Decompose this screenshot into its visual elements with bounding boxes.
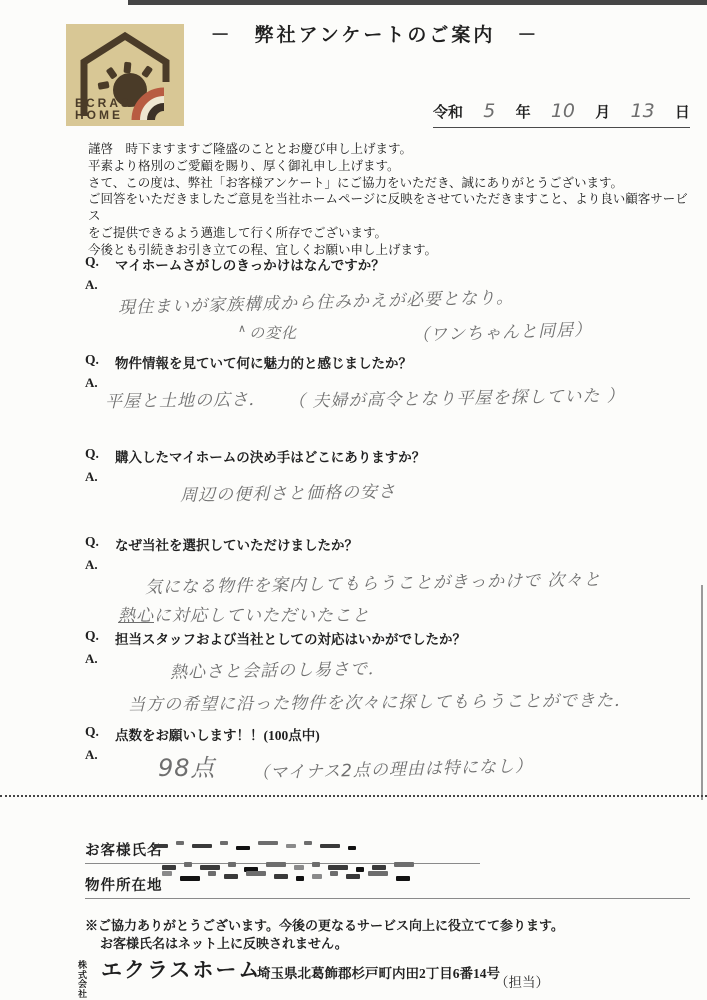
date-day-suffix: 日: [675, 101, 690, 122]
date-year-suffix: 年: [516, 101, 531, 122]
handwritten-note-2: （ 夫婦が高令となり平屋を探していた ）: [288, 381, 625, 412]
insert-caret-mark: ∧: [238, 322, 247, 335]
q-label: Q.: [85, 254, 115, 274]
dotted-divider: [0, 795, 707, 797]
handwritten-note-1: （ワンちゃんと同居）: [412, 315, 593, 346]
company-prefix: 株式会社: [78, 961, 97, 999]
greeting-paragraph: 謹啓 時下ますますご隆盛のこととお慶び申し上げます。 平素より格別のご愛顧を賜り…: [88, 141, 693, 259]
insertion-text: の変化: [249, 324, 297, 342]
question-text-2: 物件情報を見ていて何に魅力的と感じましたか？: [115, 352, 412, 372]
greeting-line: さて、この度は、弊社「お客様アンケート」にご協力をいただき、誠にありがとうござい…: [88, 175, 693, 192]
greeting-line: 平素より格別のご愛顧を賜り、厚く御礼申し上げます。: [88, 158, 693, 175]
thanks-note: ※ご協力ありがとうございます。今後の更なるサービス向上に役立てて参ります。: [85, 915, 564, 934]
logo-line2: HOME: [75, 109, 132, 121]
date-day-handwritten: 13: [631, 100, 655, 122]
q-label: Q.: [85, 534, 115, 554]
question-text-3: 購入したマイホームの決め手はどこにありますか？: [115, 446, 425, 466]
underlined-word: 熱心: [118, 606, 154, 626]
date-month-handwritten: 10: [551, 100, 575, 122]
question-text-5: 担当スタッフおよび当社としての対応はいかがでしたか？: [115, 628, 466, 648]
property-location-label: 物件所在地: [85, 874, 163, 898]
greeting-line: ご回答をいただきましたご意見を当社ホームページに反映をさせていただきますこと、よ…: [88, 191, 693, 225]
handwritten-answer-5-line1: 熱心さと会話のし易さで．: [170, 654, 386, 683]
question-text-4: なぜ当社を選択していただけましたか？: [115, 534, 358, 554]
date-line: 令和 5 年 10 月 13 日: [433, 100, 690, 128]
greeting-line: をご提供できるよう邁進して行く所存でございます。: [88, 225, 693, 242]
privacy-note: お客様氏名はネット上に反映されません。: [100, 933, 348, 952]
contact-person-label: （担当）: [495, 971, 549, 991]
redacted-property-location: [158, 862, 588, 880]
scan-edge-artifact: [128, 0, 707, 5]
handwritten-answer-2: 平屋と土地の広さ．: [105, 385, 267, 412]
q-label: Q.: [85, 724, 115, 744]
handwritten-answer-3: 周辺の便利さと価格の安さ: [180, 477, 396, 506]
company-address: 埼玉県北葛飾郡杉戸町内田2丁目6番14号: [257, 962, 500, 982]
survey-document: ECRAS HOME － 弊社アンケートのご案内 － 令和 5 年 10 月 1…: [0, 0, 707, 1000]
greeting-line: 謹啓 時下ますますご隆盛のこととお慶び申し上げます。: [88, 141, 693, 158]
q-label: Q.: [85, 628, 115, 648]
scan-edge-artifact-right: [701, 585, 703, 800]
redacted-customer-name: [150, 841, 460, 850]
q-label: Q.: [85, 352, 115, 372]
date-era: 令和: [433, 101, 463, 122]
answer-4-line2-rest: に対応していただいたこと: [154, 606, 370, 626]
handwritten-score: 98点: [158, 748, 216, 783]
date-month-suffix: 月: [595, 101, 610, 122]
question-text-6: 点数をお願いします！！(100点中): [115, 724, 320, 744]
page-title: － 弊社アンケートのご案内 －: [140, 20, 610, 47]
company-name: エクラスホーム: [101, 954, 261, 984]
handwritten-answer-4-line2: 熱心に対応していただいたこと: [118, 601, 370, 626]
question-text-1: マイホームさがしのきっかけはなんですか？: [115, 254, 385, 274]
logo-wordmark: ECRAS HOME: [75, 97, 132, 121]
handwritten-answer-5-line2: 当方の希望に沿った物件を次々に探してもらうことができた．: [128, 686, 632, 715]
handwritten-insertion-1: ∧の変化: [238, 322, 297, 343]
date-year-handwritten: 5: [483, 100, 495, 122]
q-label: Q.: [85, 446, 115, 466]
